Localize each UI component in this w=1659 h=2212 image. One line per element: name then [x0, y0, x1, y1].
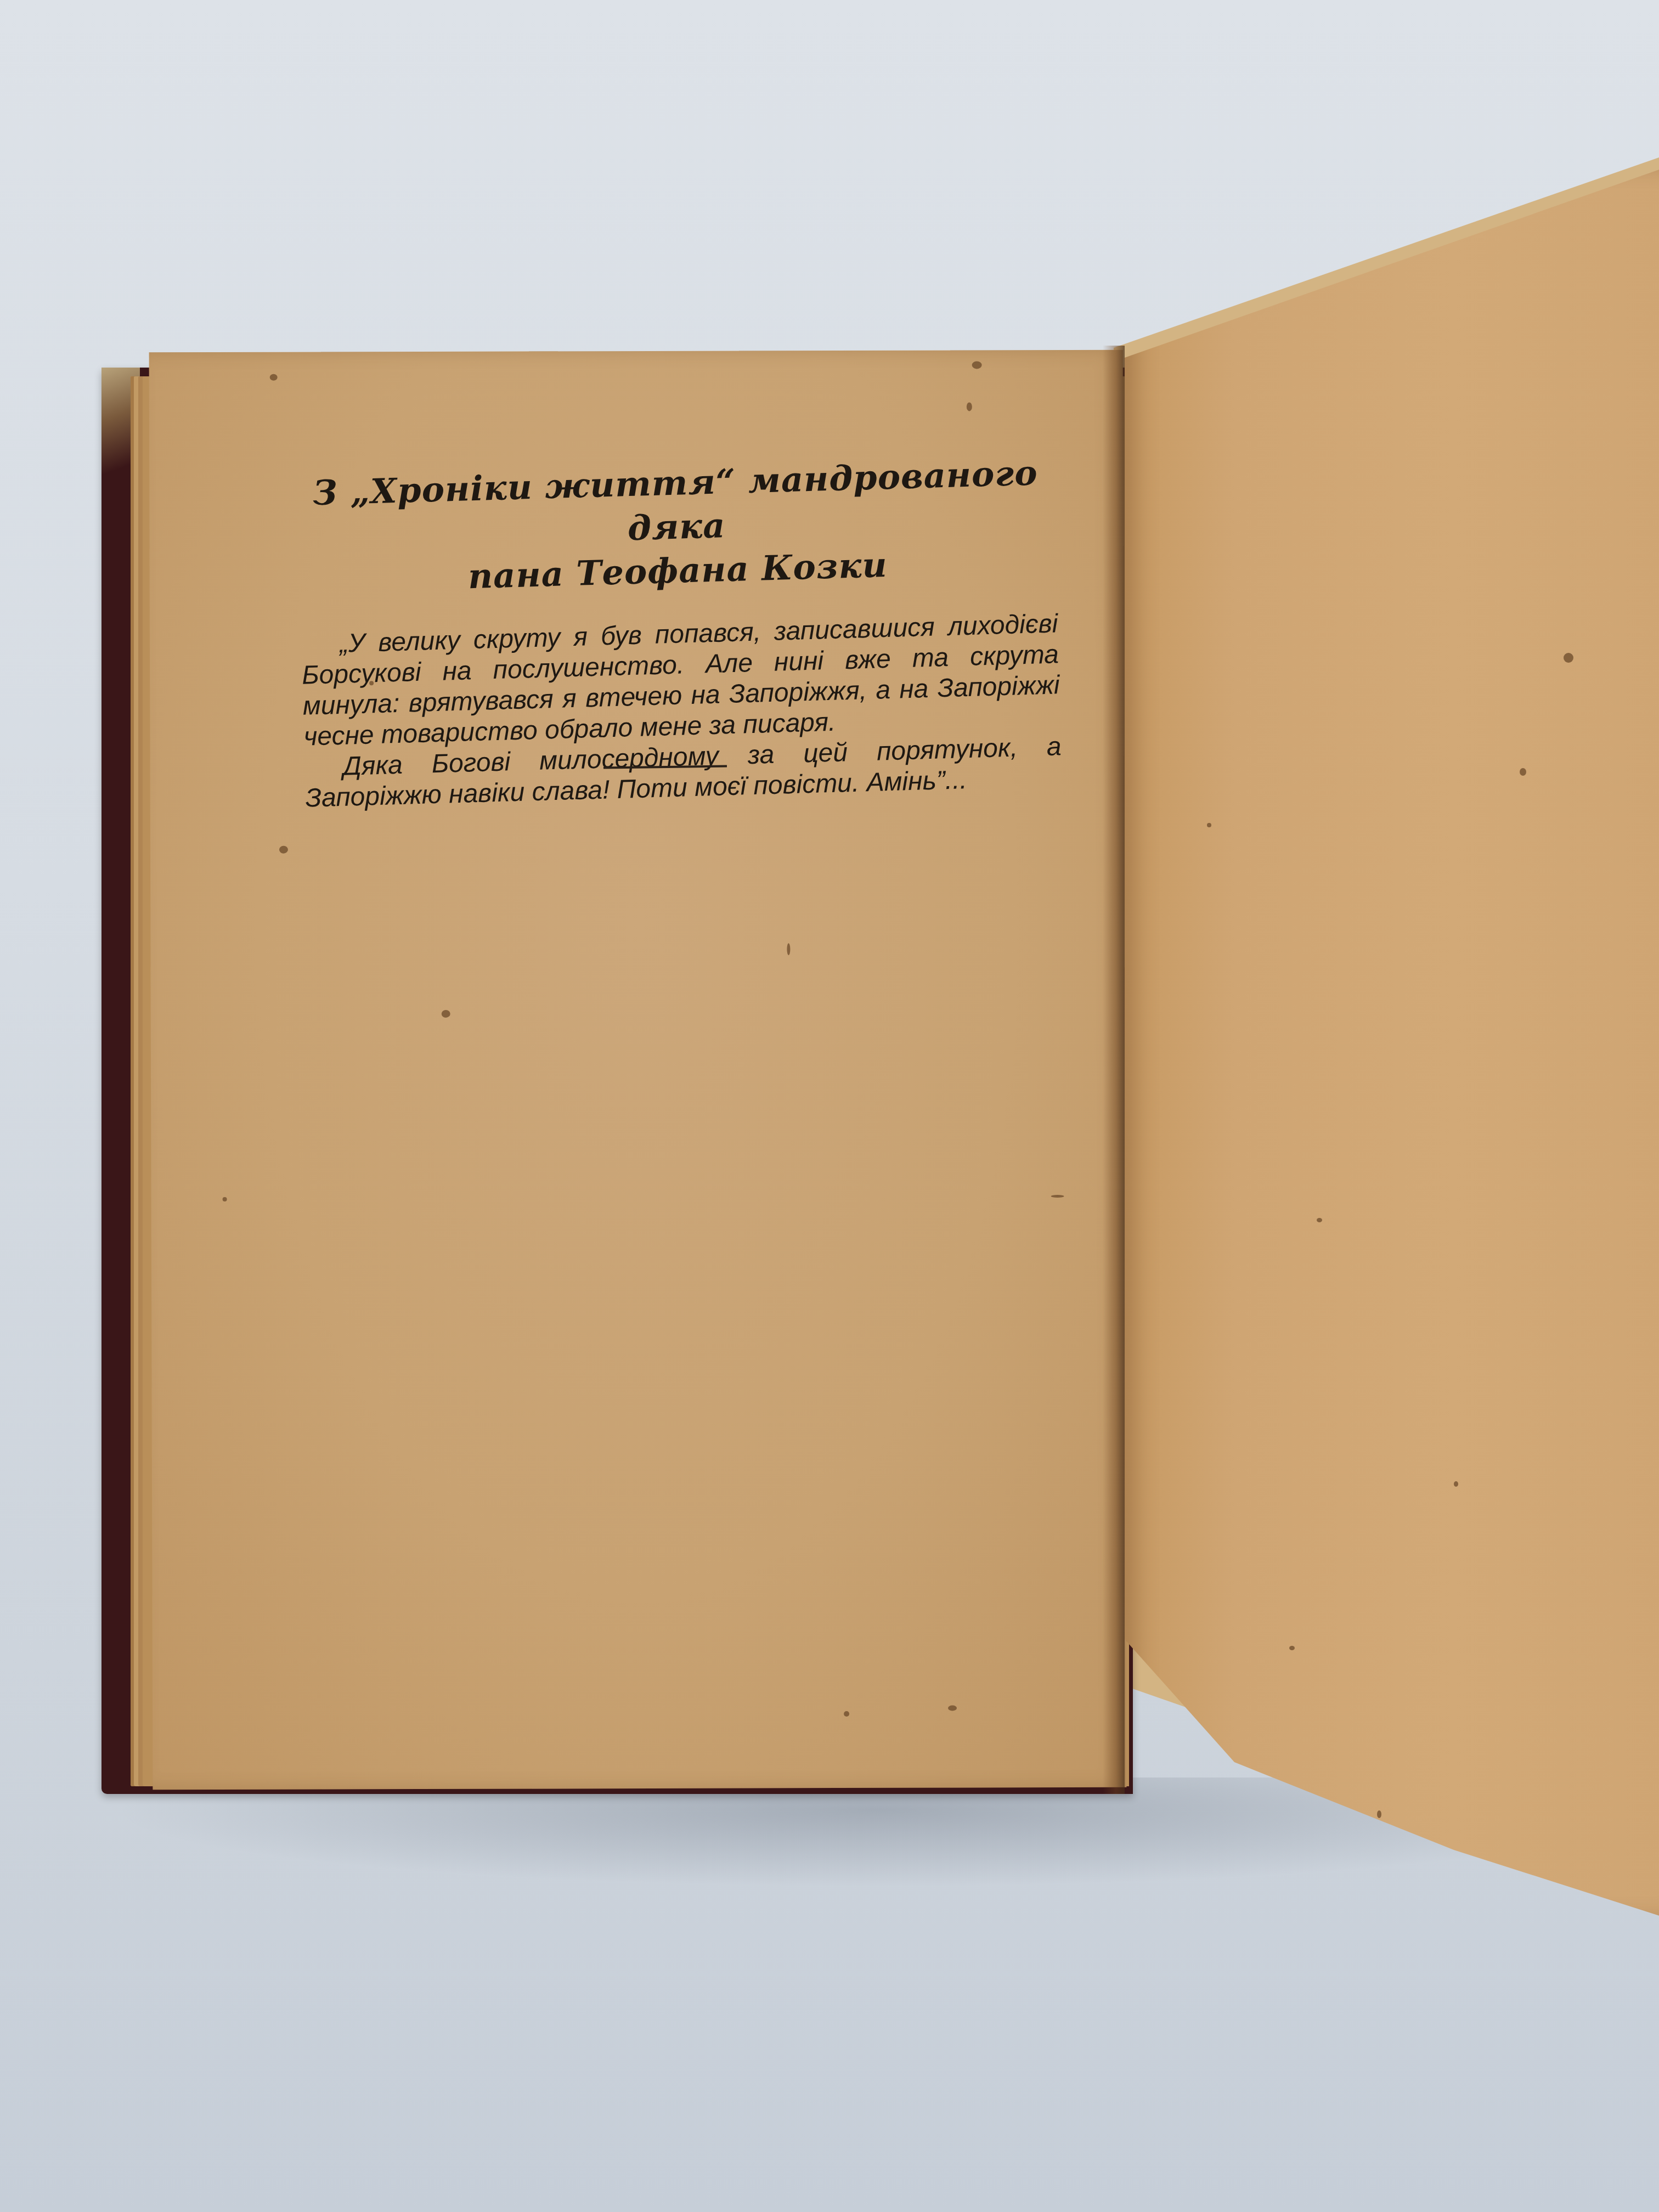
- photo-scene: З „Хроніки життя“ мандрованого дяка пана…: [0, 0, 1659, 2212]
- chapter-title: З „Хроніки життя“ мандрованого дяка пана…: [296, 450, 1057, 603]
- printed-text-block: З „Хроніки життя“ мандрованого дяка пана…: [296, 450, 1063, 814]
- right-page-blank: [1125, 165, 1659, 1920]
- quote-paragraph-1: „У велику скруту я був попався, записавш…: [301, 608, 1061, 752]
- book-gutter: [1103, 346, 1125, 1794]
- epigraph-quote: „У велику скруту я був попався, записавш…: [301, 608, 1063, 814]
